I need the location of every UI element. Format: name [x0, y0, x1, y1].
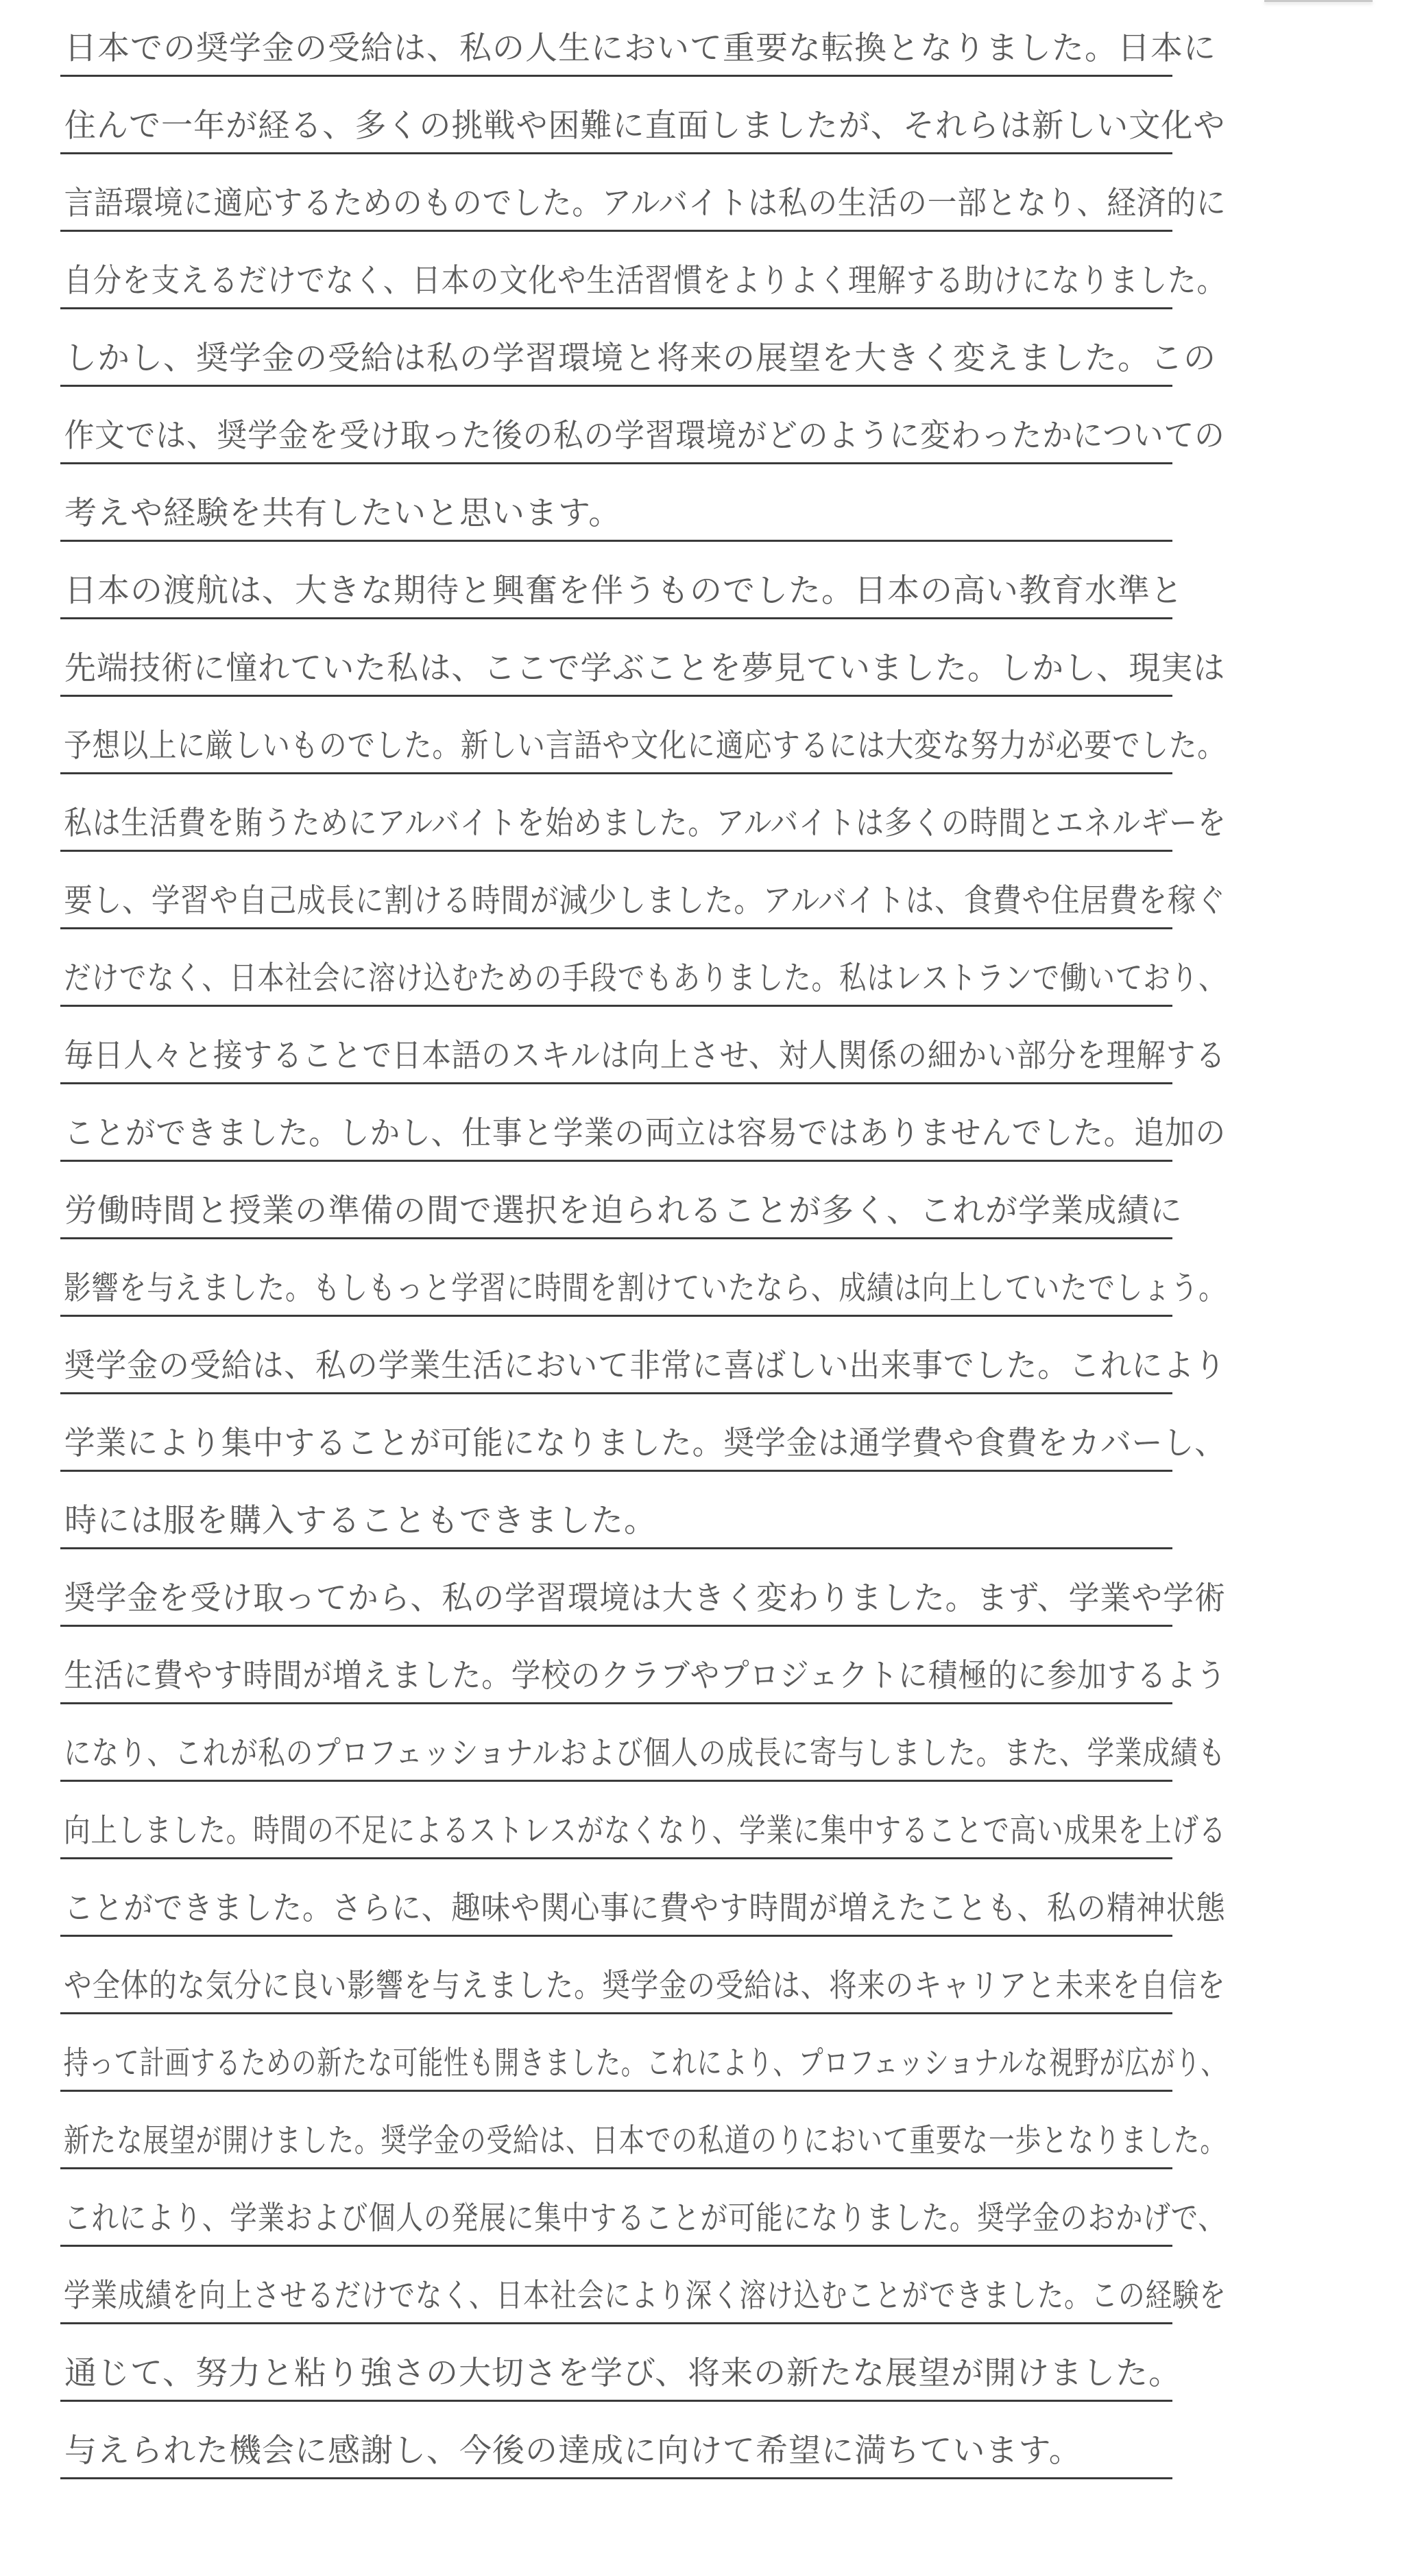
line-text: ことができました。しかし、仕事と学業の両立は容易ではありませんでした。追加の [60, 1113, 1226, 1160]
essay-line: これにより、学業および個人の発展に集中することが可能になりました。奨学金のおかげ… [60, 2170, 1172, 2247]
essay-line: 時には服を購入することもできました。 [60, 1472, 1172, 1549]
line-text: これにより、学業および個人の発展に集中することが可能になりました。奨学金のおかげ… [60, 2198, 1226, 2245]
essay-line: 考えや経験を共有したいと思います。 [60, 465, 1172, 542]
line-text: 考えや経験を共有したいと思います。 [60, 493, 621, 540]
essay-line: 先端技術に憧れていた私は、ここで学ぶことを夢見ていました。しかし、現実は [60, 620, 1172, 697]
essay-line: 要し、学習や自己成長に割ける時間が減少しました。アルバイトは、食費や住居費を稼ぐ [60, 852, 1172, 929]
line-text: 住んで一年が経る、多くの挑戦や困難に直面しましたが、それらは新しい文化や [60, 106, 1225, 152]
essay-line: 学業により集中することが可能になりました。奨学金は通学費や食費をカバーし、 [60, 1395, 1172, 1472]
line-text: ことができました。さらに、趣味や関心事に費やす時間が増えたことも、私の精神状態 [60, 1888, 1226, 1935]
essay-line: 生活に費やす時間が増えました。学校のクラブやプロジェクトに積極的に参加するよう [60, 1627, 1172, 1704]
essay-line: 日本での奨学金の受給は、私の人生において重要な転換となりました。日本に [60, 0, 1172, 77]
line-text: 奨学金の受給は、私の学業生活において非常に喜ばしい出来事でした。これにより [60, 1346, 1226, 1392]
line-text: 向上しました。時間の不足によるストレスがなくなり、学業に集中することで高い成果を… [60, 1811, 1226, 1857]
line-text: 労働時間と授業の準備の間で選択を迫られることが多く、これが学業成績に [60, 1191, 1183, 1237]
line-text: 与えられた機会に感謝し、今後の達成に向けて希望に満ちています。 [60, 2431, 1082, 2477]
line-text: 日本での奨学金の受給は、私の人生において重要な転換となりました。日本に [60, 28, 1216, 75]
essay-line: 労働時間と授業の準備の間で選択を迫られることが多く、これが学業成績に [60, 1162, 1172, 1239]
line-text: になり、これが私のプロフェッショナルおよび個人の成長に寄与しました。また、学業成… [60, 1733, 1226, 1780]
essay-line: 自分を支えるだけでなく、日本の文化や生活習慣をよりよく理解する助けになりました。 [60, 232, 1172, 309]
line-text: 作文では、奨学金を受け取った後の私の学習環境がどのように変わったかについての [60, 416, 1225, 462]
line-text: 私は生活費を賄うためにアルバイトを始めました。アルバイトは多くの時間とエネルギー… [60, 803, 1227, 850]
line-text: 生活に費やす時間が増えました。学校のクラブやプロジェクトに積極的に参加するよう [60, 1656, 1227, 1702]
essay-line: 学業成績を向上させるだけでなく、日本社会により深く溶け込むことができました。この… [60, 2247, 1172, 2324]
essay-line: だけでなく、日本社会に溶け込むための手段でもありました。私はレストランで働いてお… [60, 930, 1172, 1007]
essay-line: 奨学金の受給は、私の学業生活において非常に喜ばしい出来事でした。これにより [60, 1317, 1172, 1394]
line-text: しかし、奨学金の受給は私の学習環境と将来の展望を大きく変えました。この [60, 338, 1216, 385]
essay-line: ことができました。しかし、仕事と学業の両立は容易ではありませんでした。追加の [60, 1085, 1172, 1162]
line-text: 先端技術に憧れていた私は、ここで学ぶことを夢見ていました。しかし、現実は [60, 648, 1225, 695]
line-text: 影響を与えました。もしもっと学習に時間を割けていたなら、成績は向上していたでしょ… [60, 1268, 1227, 1315]
handwritten-essay-sheet: 日本での奨学金の受給は、私の人生において重要な転換となりました。日本に 住んで一… [0, 0, 1411, 2576]
essay-line: 私は生活費を賄うためにアルバイトを始めました。アルバイトは多くの時間とエネルギー… [60, 775, 1172, 852]
essay-line: 持って計画するための新たな可能性も開きました。これにより、プロフェッショナルな視… [60, 2015, 1172, 2092]
line-text: 予想以上に厳しいものでした。新しい言語や文化に適応するには大変な努力が必要でした… [60, 726, 1226, 772]
line-text: 通じて、努力と粘り強さの大切さを学び、将来の新たな展望が開けました。 [60, 2353, 1181, 2400]
essay-line: 住んで一年が経る、多くの挑戦や困難に直面しましたが、それらは新しい文化や [60, 77, 1172, 154]
line-text: 言語環境に適応するためのものでした。アルバイトは私の生活の一部となり、経済的に [60, 183, 1227, 230]
line-text: 新たな展望が開けました。奨学金の受給は、日本での私道のりにおいて重要な一歩となり… [60, 2121, 1227, 2167]
essay-line: 日本の渡航は、大きな期待と興奮を伴うものでした。日本の高い教育水準と [60, 542, 1172, 619]
line-text: だけでなく、日本社会に溶け込むための手段でもありました。私はレストランで働いてお… [60, 958, 1227, 1005]
line-text: 奨学金を受け取ってから、私の学習環境は大きく変わりました。まず、学業や学術 [60, 1578, 1226, 1625]
essay-line: 通じて、努力と粘り強さの大切さを学び、将来の新たな展望が開けました。 [60, 2325, 1172, 2402]
line-text: 日本の渡航は、大きな期待と興奮を伴うものでした。日本の高い教育水準と [60, 571, 1183, 617]
essay-line: 奨学金を受け取ってから、私の学習環境は大きく変わりました。まず、学業や学術 [60, 1550, 1172, 1627]
line-text: 要し、学習や自己成長に割ける時間が減少しました。アルバイトは、食費や住居費を稼ぐ [60, 881, 1226, 927]
line-text: 持って計画するための新たな可能性も開きました。これにより、プロフェッショナルな視… [60, 2043, 1226, 2090]
essay-line: 作文では、奨学金を受け取った後の私の学習環境がどのように変わったかについての [60, 387, 1172, 464]
line-text: 自分を支えるだけでなく、日本の文化や生活習慣をよりよく理解する助けになりました。 [60, 261, 1226, 307]
line-text: 学業により集中することが可能になりました。奨学金は通学費や食費をカバーし、 [60, 1423, 1226, 1470]
line-text: 毎日人々と接することで日本語のスキルは向上させ、対人関係の細かい部分を理解する [60, 1036, 1226, 1082]
essay-line: 言語環境に適応するためのものでした。アルバイトは私の生活の一部となり、経済的に [60, 155, 1172, 232]
essay-line: や全体的な気分に良い影響を与えました。奨学金の受給は、将来のキャリアと未来を自信… [60, 1937, 1172, 2014]
line-text: 学業成績を向上させるだけでなく、日本社会により深く溶け込むことができました。この… [60, 2276, 1227, 2322]
essay-line: 向上しました。時間の不足によるストレスがなくなり、学業に集中することで高い成果を… [60, 1782, 1172, 1859]
line-text: や全体的な気分に良い影響を与えました。奨学金の受給は、将来のキャリアと未来を自信… [60, 1966, 1226, 2012]
essay-line: になり、これが私のプロフェッショナルおよび個人の成長に寄与しました。また、学業成… [60, 1705, 1172, 1782]
essay-line: 毎日人々と接することで日本語のスキルは向上させ、対人関係の細かい部分を理解する [60, 1007, 1172, 1084]
essay-line: 与えられた機会に感謝し、今後の達成に向けて希望に満ちています。 [60, 2402, 1172, 2479]
essay-line: 影響を与えました。もしもっと学習に時間を割けていたなら、成績は向上していたでしょ… [60, 1240, 1172, 1317]
essay-line: 新たな展望が開けました。奨学金の受給は、日本での私道のりにおいて重要な一歩となり… [60, 2092, 1172, 2169]
essay-line: 予想以上に厳しいものでした。新しい言語や文化に適応するには大変な努力が必要でした… [60, 697, 1172, 774]
essay-line: しかし、奨学金の受給は私の学習環境と将来の展望を大きく変えました。この [60, 310, 1172, 387]
line-text: 時には服を購入することもできました。 [60, 1501, 657, 1547]
essay-line: ことができました。さらに、趣味や関心事に費やす時間が増えたことも、私の精神状態 [60, 1860, 1172, 1937]
